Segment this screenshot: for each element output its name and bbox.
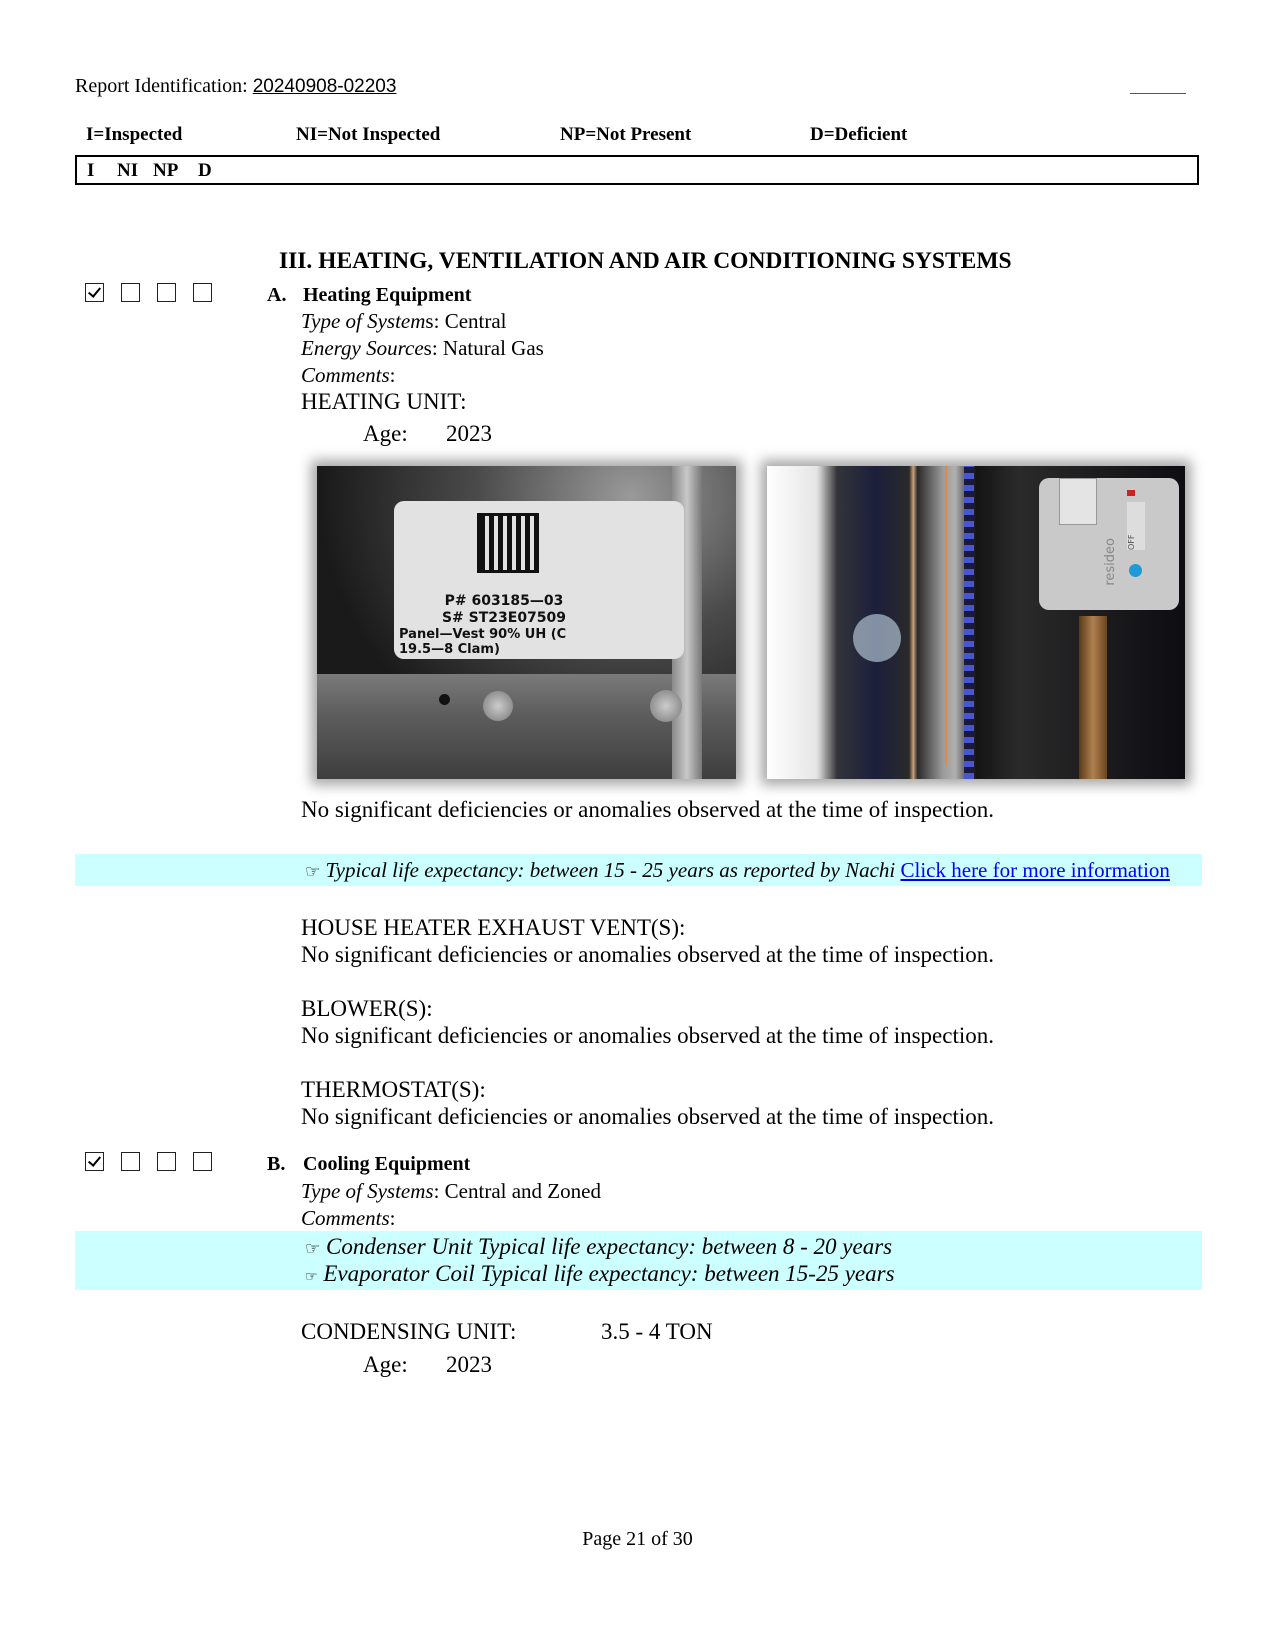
cooling-checkbox-not-present[interactable] bbox=[157, 1152, 176, 1171]
data-label-sticker: P# 603185—03 S# ST23E07509 Panel—Vest 90… bbox=[394, 501, 684, 659]
valve-brand-text: resideo bbox=[1103, 538, 1118, 586]
heating-checkbox-inspected[interactable] bbox=[85, 283, 104, 302]
col-i: I bbox=[87, 160, 94, 182]
condenser-note: ☞ Condenser Unit Typical life expectancy… bbox=[305, 1234, 892, 1260]
more-information-link[interactable]: Click here for more information bbox=[901, 858, 1170, 882]
heating-unit-result: No significant deficiencies or anomalies… bbox=[301, 797, 994, 823]
blower-heading: BLOWER(S): bbox=[301, 996, 433, 1022]
cooling-status-checkboxes bbox=[85, 1152, 212, 1171]
serial-number: S# ST23E07509 bbox=[394, 610, 614, 627]
condensing-unit-size: 3.5 - 4 TON bbox=[601, 1319, 713, 1345]
cooling-title: Cooling Equipment bbox=[303, 1153, 470, 1176]
label-line-4: 19.5—8 Clam) bbox=[399, 642, 566, 657]
col-d: D bbox=[198, 160, 212, 182]
page-number: Page 21 of 30 bbox=[0, 1528, 1275, 1551]
legend-deficient: D=Deficient bbox=[810, 124, 907, 146]
heating-comments-label: Comments: bbox=[301, 363, 396, 388]
condensing-unit-heading: CONDENSING UNIT: bbox=[301, 1319, 516, 1345]
hex-bolt-icon bbox=[650, 690, 682, 722]
label-line-3: Panel—Vest 90% UH (C bbox=[399, 627, 566, 642]
exhaust-vent-result: No significant deficiencies or anomalies… bbox=[301, 942, 994, 968]
cooling-checkbox-inspected[interactable] bbox=[85, 1152, 104, 1171]
light-glare bbox=[767, 466, 837, 779]
evaporator-note: ☞ Evaporator Coil Typical life expectanc… bbox=[305, 1261, 895, 1287]
blue-dot bbox=[1129, 564, 1142, 577]
pointing-hand-icon: ☞ bbox=[305, 862, 320, 882]
lens-flare bbox=[853, 614, 901, 662]
legend-inspected: I=Inspected bbox=[86, 124, 182, 146]
cooling-checkbox-not-inspected[interactable] bbox=[121, 1152, 140, 1171]
gas-pipe bbox=[1079, 616, 1107, 779]
heating-energy-sources: Energy Sources: Natural Gas bbox=[301, 336, 544, 361]
blower-result: No significant deficiencies or anomalies… bbox=[301, 1023, 994, 1049]
cooling-age-label: Age: bbox=[363, 1352, 408, 1378]
pointing-hand-icon: ☞ bbox=[305, 1269, 318, 1285]
legend-not-present: NP=Not Present bbox=[560, 124, 691, 146]
report-id-label: Report Identification: bbox=[75, 75, 253, 97]
gas-valve-photo: OFF resideo bbox=[767, 466, 1185, 779]
legend-not-inspected: NI=Not Inspected bbox=[296, 124, 440, 146]
hex-bolt-icon bbox=[483, 691, 513, 721]
heating-letter: A. bbox=[267, 284, 286, 307]
heating-type-of-systems: Type of Systems: Central bbox=[301, 309, 507, 334]
gas-valve-body: OFF resideo bbox=[1039, 478, 1179, 610]
heating-age-value: 2023 bbox=[446, 421, 492, 447]
switch-indicator bbox=[1127, 490, 1135, 496]
heating-checkbox-not-inspected[interactable] bbox=[121, 283, 140, 302]
panel-hole bbox=[439, 694, 450, 705]
heating-life-expectancy-note: ☞ Typical life expectancy: between 15 - … bbox=[75, 854, 1202, 886]
part-number: P# 603185—03 bbox=[394, 593, 614, 610]
pointing-hand-icon: ☞ bbox=[305, 1239, 320, 1259]
cooling-comments-label: Comments: bbox=[301, 1206, 396, 1231]
cooling-checkbox-deficient[interactable] bbox=[193, 1152, 212, 1171]
header-rule bbox=[1130, 93, 1186, 94]
note-text: Typical life expectancy: between 15 - 25… bbox=[326, 858, 901, 882]
burner-flames bbox=[964, 466, 974, 779]
exhaust-vent-heading: HOUSE HEATER EXHAUST VENT(S): bbox=[301, 915, 685, 941]
status-column-header: I NI NP D bbox=[75, 155, 1199, 185]
cooling-life-expectancy-notes: ☞ Condenser Unit Typical life expectancy… bbox=[75, 1231, 1202, 1290]
section-title: III. HEATING, VENTILATION AND AIR CONDIT… bbox=[279, 248, 1012, 275]
cooling-age-value: 2023 bbox=[446, 1352, 492, 1378]
orange-wire bbox=[945, 466, 947, 766]
thermostat-result: No significant deficiencies or anomalies… bbox=[301, 1104, 994, 1130]
heating-unit-heading: HEATING UNIT: bbox=[301, 389, 467, 415]
cooling-letter: B. bbox=[267, 1153, 285, 1176]
heating-title: Heating Equipment bbox=[303, 284, 471, 307]
cooling-type-of-systems: Type of Systems: Central and Zoned bbox=[301, 1179, 601, 1204]
datamatrix-barcode bbox=[477, 513, 539, 573]
report-identification: Report Identification: 20240908-02203 bbox=[75, 75, 396, 98]
col-np: NP bbox=[153, 160, 178, 182]
heating-checkbox-not-present[interactable] bbox=[157, 283, 176, 302]
heating-status-checkboxes bbox=[85, 283, 212, 302]
report-id-value: 20240908-02203 bbox=[253, 76, 397, 97]
col-ni: NI bbox=[117, 160, 138, 182]
heating-checkbox-deficient[interactable] bbox=[193, 283, 212, 302]
valve-switch-text: OFF bbox=[1127, 502, 1145, 550]
heating-age-label: Age: bbox=[363, 421, 408, 447]
thermostat-heading: THERMOSTAT(S): bbox=[301, 1077, 486, 1103]
wire-connector bbox=[1059, 478, 1097, 525]
furnace-label-photo: P# 603185—03 S# ST23E07509 Panel—Vest 90… bbox=[317, 466, 736, 779]
